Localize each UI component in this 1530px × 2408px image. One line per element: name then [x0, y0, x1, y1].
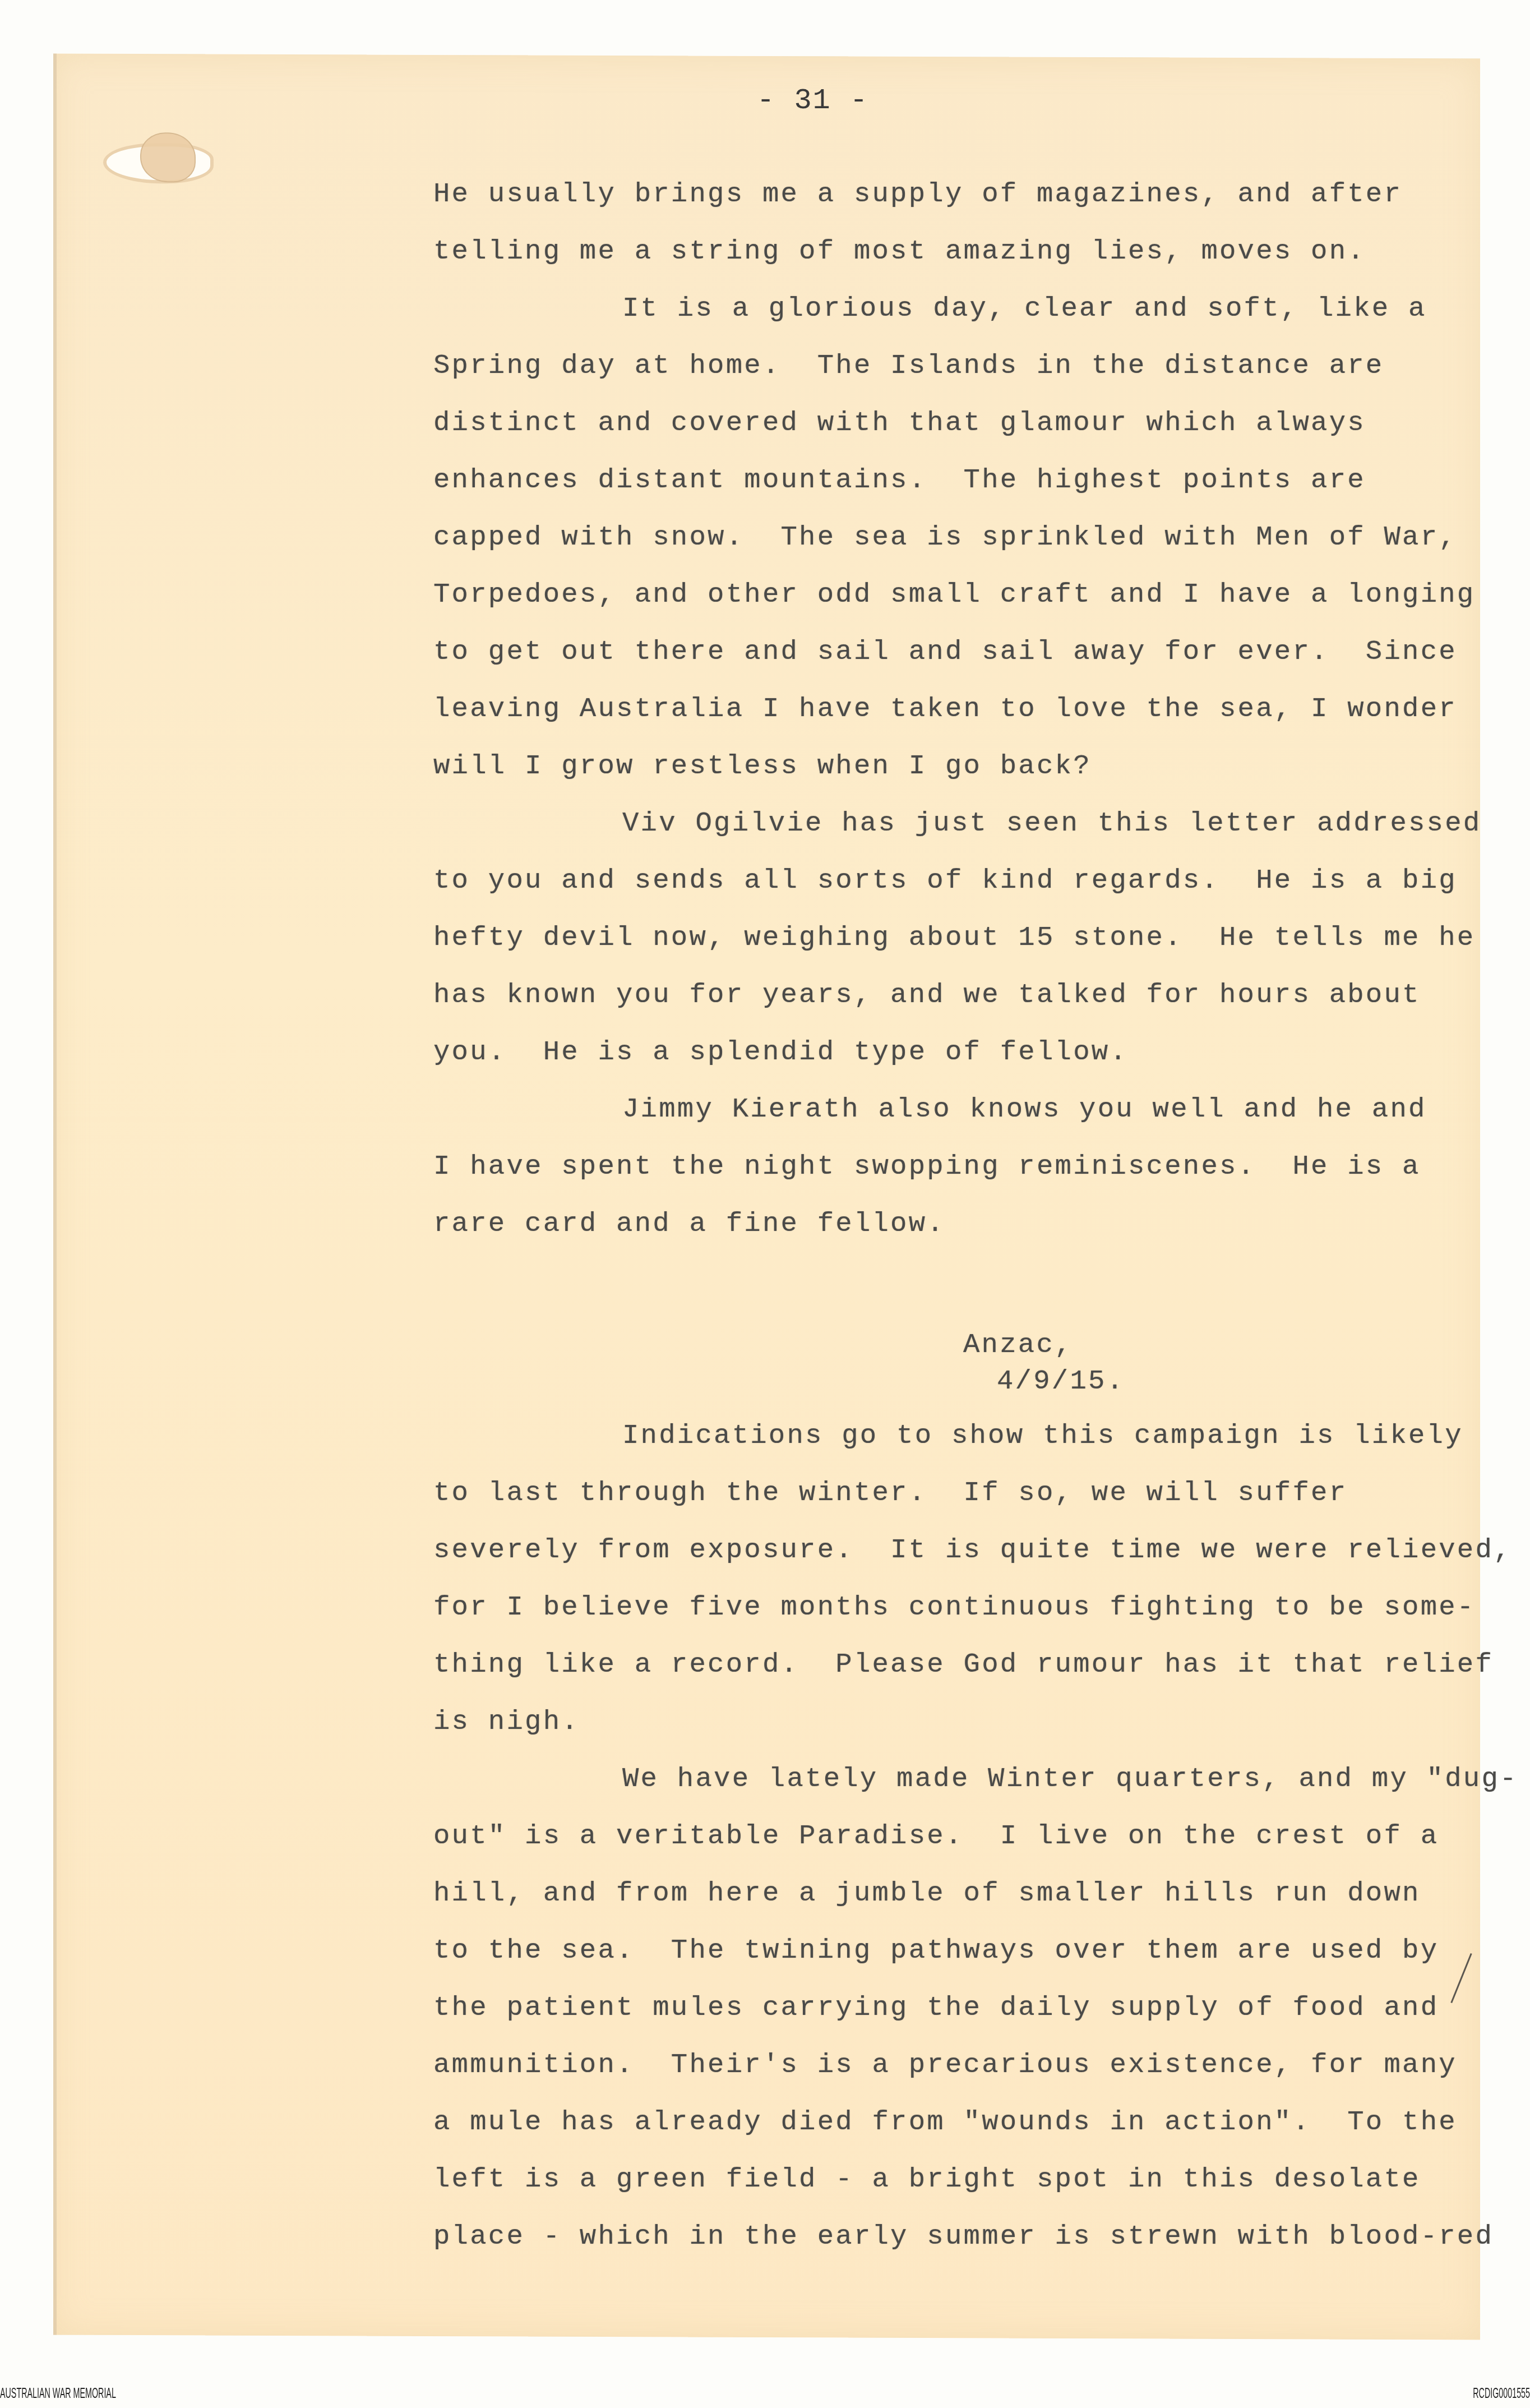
text-line: hill, and from here a jumble of smaller …: [433, 1880, 1421, 1907]
text-line: leaving Australia I have taken to love t…: [433, 695, 1457, 723]
text-line: I have spent the night swopping reminisc…: [433, 1153, 1421, 1180]
text-line: hefty devil now, weighing about 15 stone…: [433, 924, 1475, 952]
repair-patch-mark: [140, 132, 196, 182]
text-line: telling me a string of most amazing lies…: [433, 238, 1366, 265]
paper-edge: [53, 54, 57, 2335]
text-line: capped with snow. The sea is sprinkled w…: [433, 524, 1457, 551]
text-line: distinct and covered with that glamour w…: [433, 409, 1366, 437]
text-line: is nigh.: [433, 1708, 580, 1736]
dateline-place: Anzac,: [963, 1329, 1073, 1360]
text-line: enhances distant mountains. The highest …: [433, 467, 1366, 494]
text-line: Spring day at home. The Islands in the d…: [433, 352, 1384, 380]
text-line: to last through the winter. If so, we wi…: [433, 1479, 1347, 1507]
text-line: a mule has already died from "wounds in …: [433, 2109, 1457, 2136]
dateline-date: 4/9/15.: [997, 1366, 1125, 1397]
text-line: Jimmy Kierath also knows you well and he…: [622, 1096, 1427, 1123]
text-line: It is a glorious day, clear and soft, li…: [622, 295, 1427, 322]
text-line: We have lately made Winter quarters, and…: [622, 1765, 1518, 1793]
text-line: ammunition. Their's is a precarious exis…: [433, 2051, 1457, 2079]
text-line: He usually brings me a supply of magazin…: [433, 181, 1402, 208]
text-line: Indications go to show this campaign is …: [622, 1422, 1463, 1450]
footer-institution: AUSTRALIAN WAR MEMORIAL: [0, 2384, 116, 2402]
text-line: the patient mules carrying the daily sup…: [433, 1994, 1439, 2022]
text-line: out" is a veritable Paradise. I live on …: [433, 1823, 1439, 1850]
text-line: Torpedoes, and other odd small craft and…: [433, 581, 1475, 608]
text-line: for I believe five months continuous fig…: [433, 1594, 1475, 1621]
footer-record-id: RCDIG0001555: [1473, 2384, 1530, 2402]
text-line: severely from exposure. It is quite time…: [433, 1537, 1512, 1564]
text-line: Viv Ogilvie has just seen this letter ad…: [622, 810, 1481, 837]
text-line: left is a green field - a bright spot in…: [433, 2166, 1421, 2193]
text-line: to the sea. The twining pathways over th…: [433, 1937, 1439, 1964]
text-line: will I grow restless when I go back?: [433, 753, 1092, 780]
text-line: place - which in the early summer is str…: [433, 2223, 1494, 2250]
page-number: - 31 -: [757, 84, 868, 117]
text-line: to you and sends all sorts of kind regar…: [433, 867, 1457, 894]
text-line: rare card and a fine fellow.: [433, 1210, 945, 1238]
text-line: thing like a record. Please God rumour h…: [433, 1651, 1494, 1678]
text-line: to get out there and sail and sail away …: [433, 638, 1457, 666]
text-line: has known you for years, and we talked f…: [433, 981, 1421, 1009]
text-line: you. He is a splendid type of fellow.: [433, 1039, 1128, 1066]
